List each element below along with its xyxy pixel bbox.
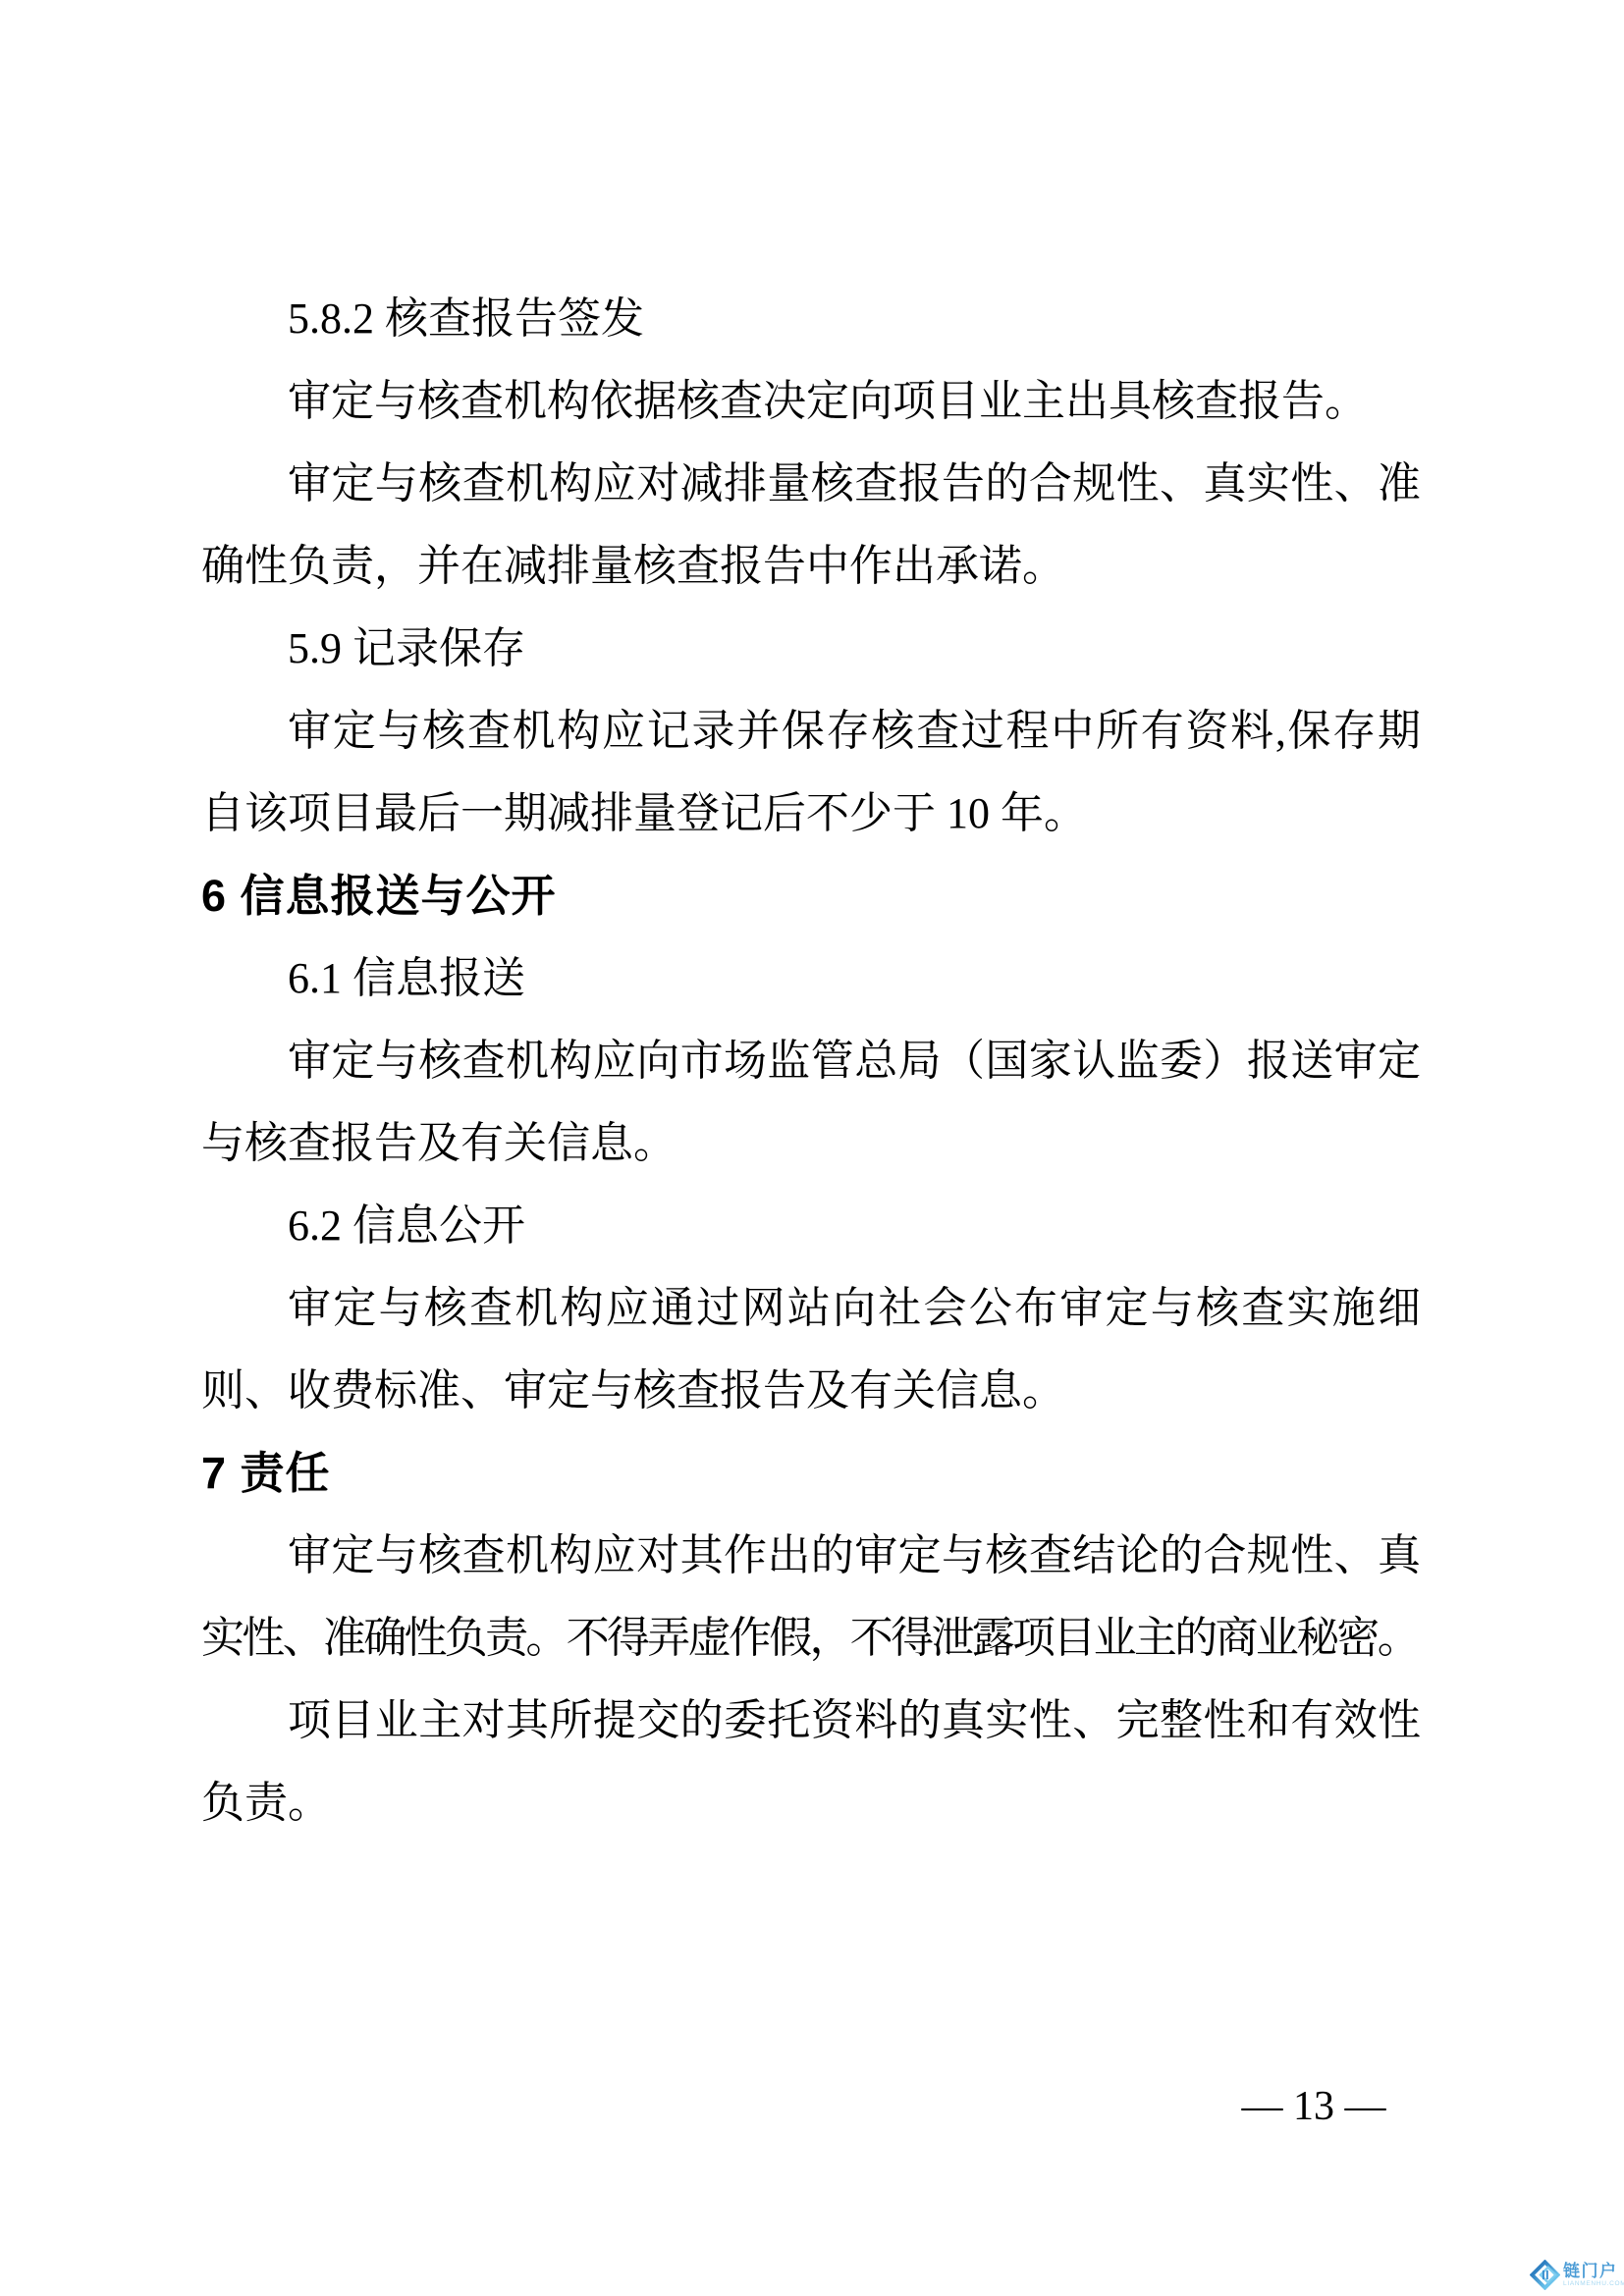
- paragraph-line: 项目业主对其所提交的委托资料的真实性、完整性和有效性: [201, 1680, 1421, 1762]
- paragraph-line: 确性负责，并在减排量核查报告中作出承诺。: [201, 525, 1421, 608]
- heading-6-2: 6.2 信息公开: [201, 1185, 1421, 1267]
- paragraph-line: 审定与核查机构应通过网站向社会公布审定与核查实施细: [201, 1267, 1421, 1350]
- paragraph-line: 审定与核查机构应对其作出的审定与核查结论的合规性、真: [201, 1515, 1421, 1597]
- paragraph-line: 自该项目最后一期减排量登记后不少于 10 年。: [201, 773, 1421, 855]
- heading-6: 6 信息报送与公开: [201, 855, 1421, 937]
- paragraph-line: 实性、准确性负责。不得弄虚作假，不得泄露项目业主的商业秘密。: [201, 1597, 1421, 1680]
- heading-5-9: 5.9 记录保存: [201, 608, 1421, 690]
- document-page: 5.8.2 核查报告签发 审定与核查机构依据核查决定向项目业主出具核查报告。 审…: [201, 278, 1421, 1844]
- heading-7: 7 责任: [201, 1432, 1421, 1515]
- paragraph-line: 审定与核查机构应对减排量核查报告的合规性、真实性、准: [201, 443, 1421, 525]
- watermark-subtitle: LIANMENHU.COM: [1563, 2281, 1624, 2288]
- watermark-title: 链门户: [1563, 2263, 1624, 2279]
- paragraph-line: 则、收费标准、审定与核查报告及有关信息。: [201, 1350, 1421, 1432]
- heading-6-1: 6.1 信息报送: [201, 937, 1421, 1020]
- lianmenhu-logo-icon: [1530, 2260, 1560, 2290]
- paragraph-line: 审定与核查机构依据核查决定向项目业主出具核查报告。: [201, 360, 1421, 443]
- paragraph-line: 负责。: [201, 1762, 1421, 1844]
- paragraph-line: 与核查报告及有关信息。: [201, 1102, 1421, 1185]
- heading-5-8-2: 5.8.2 核查报告签发: [201, 278, 1421, 360]
- paragraph-line: 审定与核查机构应向市场监管总局（国家认监委）报送审定: [201, 1020, 1421, 1102]
- watermark: 链门户 LIANMENHU.COM: [1530, 2260, 1624, 2290]
- page-number: — 13 —: [1216, 2083, 1412, 2130]
- paragraph-line: 审定与核查机构应记录并保存核查过程中所有资料,保存期: [201, 690, 1421, 773]
